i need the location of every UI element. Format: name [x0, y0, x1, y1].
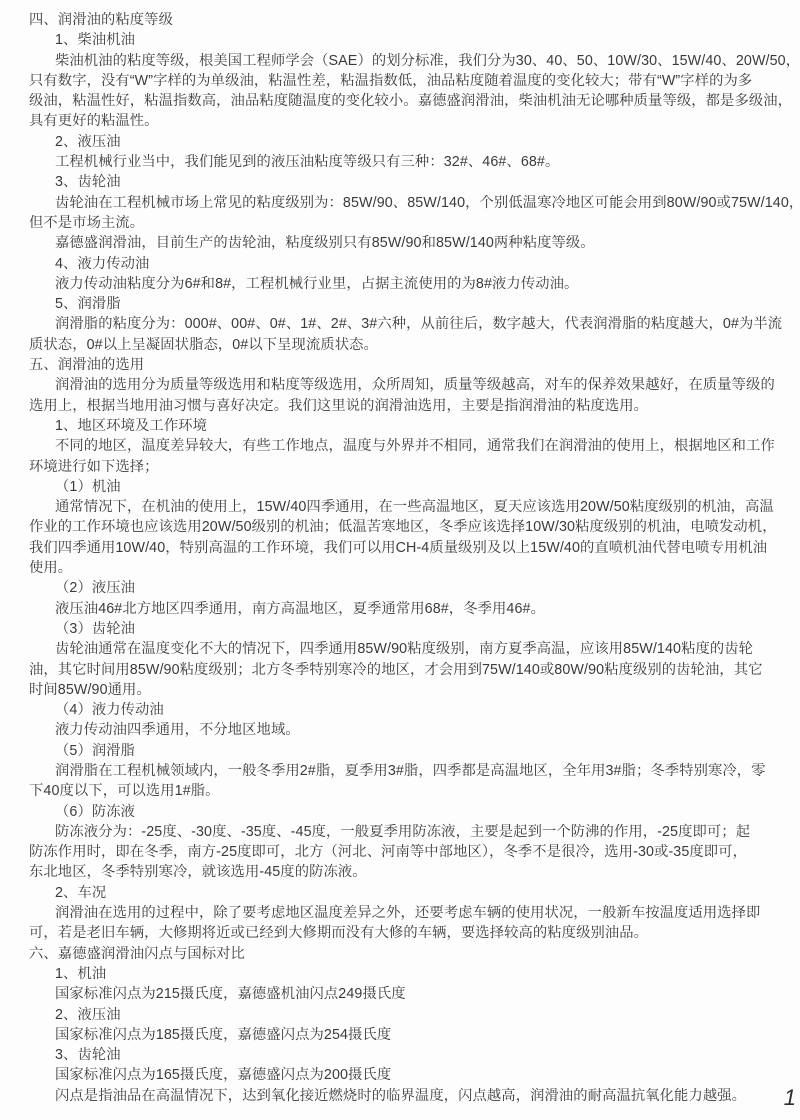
text-line: 不同的地区，温度差异较大，有些工作地点，温度与外界并不相同，通常我们在润滑油的使… — [29, 436, 796, 456]
text-line: 时间85W/90通用。 — [29, 680, 796, 700]
text-line: 作业的工作环境也应该选用20W/50级别的机油；低温苦寒地区，冬季应该选择10W… — [29, 517, 796, 537]
section-heading: 四、润滑油的粘度等级 — [29, 10, 796, 30]
text-line: 我们四季通用10W/40，特别高温的工作环境，我们可以用CH-4质量级别及以上1… — [29, 538, 796, 558]
text-line: 齿轮油在工程机械市场上常见的粘度级别为：85W/90、85W/140，个别低温寒… — [29, 193, 796, 213]
text-line: 润滑油的选用分为质量等级选用和粘度等级选用，众所周知，质量等级越高，对车的保养效… — [29, 375, 796, 395]
text-line: 可，若是老旧车辆，大修期将近或已经到大修期而没有大修的车辆，要选择较高的粘度级别… — [29, 923, 796, 943]
text-line: 国家标准闪点为165摄氏度，嘉德盛闪点为200摄氏度 — [29, 1065, 796, 1085]
sub-heading: 1、柴油机油 — [29, 30, 796, 50]
section-heading: 五、润滑油的选用 — [29, 355, 796, 375]
text-line: 润滑油在选用的过程中，除了要考虑地区温度差异之外，还要考虑车辆的使用状况，一般新… — [29, 903, 796, 923]
text-line: 东北地区，冬季特别寒冷，就该选用-45度的防冻液。 — [29, 862, 796, 882]
text-line: 下40度以下，可以选用1#脂。 — [29, 781, 796, 801]
text-line: 但不是市场主流。 — [29, 213, 796, 233]
sub-heading: 5、润滑脂 — [29, 294, 796, 314]
section-heading: 六、嘉德盛润滑油闪点与国标对比 — [29, 944, 796, 964]
sub-heading: （6）防冻液 — [29, 802, 796, 822]
text-line: 闪点是指油品在高温情况下，达到氧化接近燃烧时的临界温度，闪点越高，润滑油的耐高温… — [29, 1086, 796, 1106]
sub-heading: 2、液压油 — [29, 132, 796, 152]
text-line: 润滑脂在工程机械领域内，一般冬季用2#脂，夏季用3#脂，四季都是高温地区，全年用… — [29, 761, 796, 781]
sub-heading: （5）润滑脂 — [29, 741, 796, 761]
text-line: 液力传动油粘度分为6#和8#，工程机械行业里，占据主流使用的为8#液力传动油。 — [29, 274, 796, 294]
text-line: 选用上，根据当地用油习惯与喜好决定。我们这里说的润滑油选用，主要是指润滑油的粘度… — [29, 396, 796, 416]
sub-heading: 2、车况 — [29, 883, 796, 903]
text-line: 液压油46#北方地区四季通用，南方高温地区，夏季通常用68#，冬季用46#。 — [29, 599, 796, 619]
sub-heading: 1、机油 — [29, 964, 796, 984]
text-line: 国家标准闪点为215摄氏度，嘉德盛机油闪点249摄氏度 — [29, 984, 796, 1004]
text-line: 质状态，0#以上呈凝固状脂态，0#以下呈现流质状态。 — [29, 335, 796, 355]
document-page: 四、润滑油的粘度等级1、柴油机油柴油机油的粘度等级，根美国工程师学会（SAE）的… — [0, 0, 800, 1120]
sub-heading: 1、地区环境及工作环境 — [29, 416, 796, 436]
sub-heading: （1）机油 — [29, 477, 796, 497]
sub-heading: 4、液力传动油 — [29, 254, 796, 274]
text-line: 只有数字，没有“W”字样的为单级油，粘温性差，粘温指数低，油品粘度随着温度的变化… — [29, 71, 796, 91]
text-line: 使用。 — [29, 558, 796, 578]
text-line: 环境进行如下选择； — [29, 457, 796, 477]
page-number: 1 — [784, 1086, 796, 1110]
text-line: 防冻液分为：-25度、-30度、-35度、-45度，一般夏季用防冻液，主要是起到… — [29, 822, 796, 842]
sub-heading: （4）液力传动油 — [29, 700, 796, 720]
text-line: 级油，粘温性好，粘温指数高，油品粘度随温度的变化较小。嘉德盛润滑油，柴油机油无论… — [29, 91, 796, 111]
sub-heading: （3）齿轮油 — [29, 619, 796, 639]
text-line: 润滑脂的粘度分为：000#、00#、0#、1#、2#、3#六种，从前往后，数字越… — [29, 314, 796, 334]
sub-heading: 2、液压油 — [29, 1005, 796, 1025]
text-line: 油，其它时间用85W/90粘度级别；北方冬季特别寒冷的地区，才会用到75W/14… — [29, 660, 796, 680]
text-line: 国家标准闪点为185摄氏度，嘉德盛闪点为254摄氏度 — [29, 1025, 796, 1045]
text-line: 嘉德盛润滑油，目前生产的齿轮油，粘度级别只有85W/90和85W/140两种粘度… — [29, 233, 796, 253]
sub-heading: 3、齿轮油 — [29, 172, 796, 192]
sub-heading: （2）液压油 — [29, 578, 796, 598]
text-line: 防冻作用时，即在冬季，南方-25度即可，北方（河北、河南等中部地区），冬季不是很… — [29, 842, 796, 862]
sub-heading: 3、齿轮油 — [29, 1045, 796, 1065]
text-line: 液力传动油四季通用，不分地区地域。 — [29, 720, 796, 740]
text-line: 柴油机油的粘度等级，根美国工程师学会（SAE）的划分标准，我们分为30、40、5… — [29, 51, 796, 71]
text-line: 通常情况下，在机油的使用上，15W/40四季通用，在一些高温地区，夏天应该选用2… — [29, 497, 796, 517]
document-body: 四、润滑油的粘度等级1、柴油机油柴油机油的粘度等级，根美国工程师学会（SAE）的… — [0, 0, 800, 1106]
text-line: 具有更好的粘温性。 — [29, 111, 796, 131]
text-line: 工程机械行业当中，我们能见到的液压油粘度等级只有三种：32#、46#、68#。 — [29, 152, 796, 172]
text-line: 齿轮油通常在温度变化不大的情况下，四季通用85W/90粘度级别，南方夏季高温，应… — [29, 639, 796, 659]
